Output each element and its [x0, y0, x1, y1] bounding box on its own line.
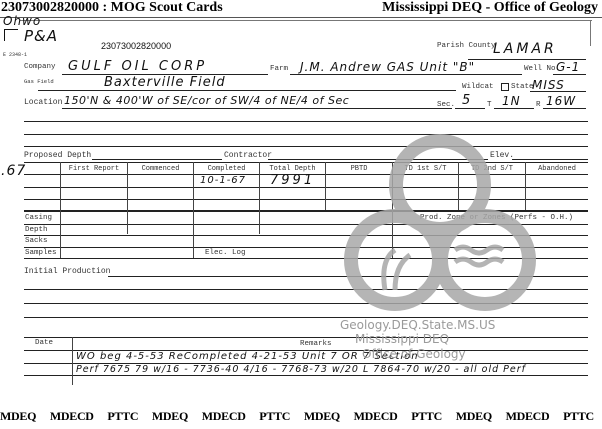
watermark-line2: Mississippi DEQ — [355, 332, 449, 346]
corner-note-1: Ohwo — [3, 14, 41, 28]
date-label: Date — [35, 339, 53, 347]
form-code: E 2348-1 — [3, 52, 27, 58]
col-completed: Completed — [194, 165, 259, 173]
sec-value: 5 — [462, 93, 471, 108]
completed-value: 10-1-67 — [200, 175, 246, 186]
range-label: R — [536, 101, 541, 109]
sacks-label: Sacks — [25, 237, 48, 245]
field-value: Baxterville Field — [104, 75, 226, 90]
footer-item: PTTC — [107, 409, 138, 423]
footer-item: PTTC — [259, 409, 290, 423]
well-no-label: Well No. — [524, 65, 560, 73]
mdeq-logo-watermark-icon — [330, 130, 550, 330]
field-line — [38, 90, 456, 91]
agency-title: Mississippi DEQ - Office of Geology — [382, 0, 598, 16]
well-no-line — [553, 74, 586, 75]
footer-item: MDECD — [202, 409, 246, 423]
col-total-depth: Total Depth — [260, 165, 325, 173]
sec-label: Sec. — [437, 101, 455, 109]
footer-item: MDECD — [354, 409, 398, 423]
remarks-label: Remarks — [300, 340, 332, 348]
field-label: Gas Field — [24, 79, 38, 85]
range-value: 16W — [546, 94, 576, 108]
watermark-url: Geology.DEQ.State.MS.US — [340, 318, 495, 332]
footer-item: MDECD — [50, 409, 94, 423]
range-line — [543, 108, 586, 109]
watermark-line3: Office of Geology — [362, 347, 466, 361]
blank-line — [24, 121, 588, 122]
footer-item: PTTC — [411, 409, 442, 423]
well-no-value: G-1 — [556, 60, 580, 74]
township-line — [494, 108, 534, 109]
footer-item: MDECD — [506, 409, 550, 423]
footer-item: PTTC — [563, 409, 594, 423]
total-depth-value: 7991 — [270, 173, 315, 188]
remark-line-2: Perf 7675 79 w/16 - 7736-40 4/16 - 7768-… — [76, 364, 526, 375]
company-label: Company — [24, 63, 56, 71]
location-label: Location — [24, 98, 62, 107]
page-header: 23073002820000 : MOG Scout Cards Mississ… — [0, 0, 602, 17]
footer-item: MDEQ — [304, 409, 340, 423]
parish-county-label: Parish County — [437, 42, 465, 50]
sec-line — [455, 108, 485, 109]
card-border-right — [590, 20, 591, 46]
footer-item: MDEQ — [0, 409, 36, 423]
corner-mark-v — [4, 29, 5, 41]
api-number: 23073002820000 — [101, 41, 171, 51]
depth-label: Depth — [25, 226, 48, 234]
col-commenced: Commenced — [128, 165, 193, 173]
state-value: MISS — [532, 78, 565, 92]
wildcat-checkbox[interactable] — [501, 83, 509, 91]
footer-banner: MDEQ MDECD PTTC MDEQ MDECD PTTC MDEQ MDE… — [0, 409, 602, 424]
casing-label: Casing — [25, 214, 52, 222]
remarks-col-line — [72, 337, 73, 385]
location-line — [62, 108, 452, 109]
county-value: LAMAR — [493, 41, 557, 57]
company-value: GULF OIL CORP — [68, 59, 207, 74]
corner-note-2: P&A — [24, 27, 58, 45]
footer-item: MDEQ — [456, 409, 492, 423]
table-col-line — [193, 162, 194, 258]
farm-line — [290, 74, 522, 75]
table-col-line — [60, 162, 61, 258]
proposed-depth-label: Proposed Depth — [24, 151, 91, 160]
township-value: 1N — [502, 94, 521, 108]
proposed-depth-line — [92, 159, 222, 160]
initial-production-label: Initial Production — [24, 267, 110, 276]
state-label: State — [511, 83, 534, 91]
corner-mark — [4, 29, 18, 30]
margin-note: .67 — [1, 163, 26, 179]
wildcat-label: Wildcat — [462, 83, 494, 91]
farm-label: Farm — [270, 65, 288, 73]
footer-item: MDEQ — [152, 409, 188, 423]
township-label: T — [487, 101, 492, 109]
location-value: 150'N & 400'W of SE/cor of SW/4 of NE/4 … — [64, 94, 349, 107]
col-first-report: First Report — [61, 165, 127, 173]
elec-log-label: Elec. Log — [205, 249, 246, 257]
farm-value: J.M. Andrew GAS Unit "B" — [300, 60, 475, 74]
samples-label: Samples — [25, 249, 57, 257]
remarks-line — [24, 375, 588, 376]
contractor-label: Contractor — [224, 151, 272, 160]
card-border-top — [20, 20, 592, 21]
remarks-top — [24, 337, 588, 338]
